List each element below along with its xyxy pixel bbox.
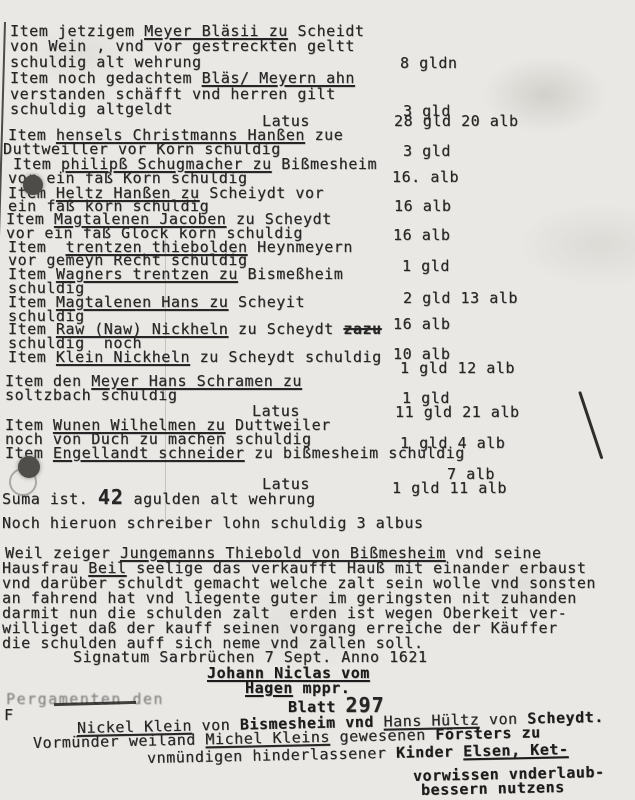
addendum-line: bessern nutzens [421, 780, 565, 798]
signature-name: Hagen mppr. [245, 681, 350, 696]
debt-entry-line: Item Engellandt schneider zu bißmesheim … [5, 446, 465, 461]
amount-value: 3 gld [403, 144, 451, 159]
amount-value: 1 gld [402, 259, 450, 274]
debt-entry-line: schuldig alt wehrung [10, 55, 202, 70]
debt-entry-line: Item noch gedachtem Bläs/ Meyern ahn [10, 71, 355, 86]
sum-line: Suma ist. 42 agulden alt wehrung [2, 490, 316, 507]
signature-place-date: Signatum Sarbrüchen 7 Sept. Anno 1621 [73, 650, 428, 665]
debt-entry-line: Item Klein Nickheln zu Scheydt schuldig [8, 350, 382, 365]
document-page: Item jetzigem Meyer Bläsii zu Scheidtvon… [0, 0, 635, 800]
pen-stroke-mark [579, 391, 604, 459]
latus-amount: 1 gld 11 alb [392, 481, 507, 496]
amount-value: 2 gld 13 alb [403, 291, 518, 306]
amount-value: 16. alb [392, 170, 459, 185]
scribe-note-line: Noch hieruon schreiber lohn schuldig 3 a… [2, 516, 424, 531]
debt-entry-line: von Wein , vnd vor gestreckten geltt [10, 39, 355, 54]
marginal-letter: F [4, 708, 14, 723]
latus-amount: 11 gld 21 alb [395, 405, 520, 420]
amount-value: 16 alb [393, 317, 451, 332]
amount-value: 1 gld 12 alb [400, 361, 515, 376]
debt-entry-line: schuldig altgeldt [10, 102, 173, 117]
amount-value: 8 gldn [400, 56, 458, 71]
marginal-scribble: Pergamenten den [6, 692, 164, 707]
debt-entry-line: soltzbach schuldig [5, 388, 177, 403]
amount-value: 16 alb [394, 199, 452, 214]
amount-value: 16 alb [393, 228, 451, 243]
latus-amount: 28 gld 20 alb [394, 114, 519, 129]
